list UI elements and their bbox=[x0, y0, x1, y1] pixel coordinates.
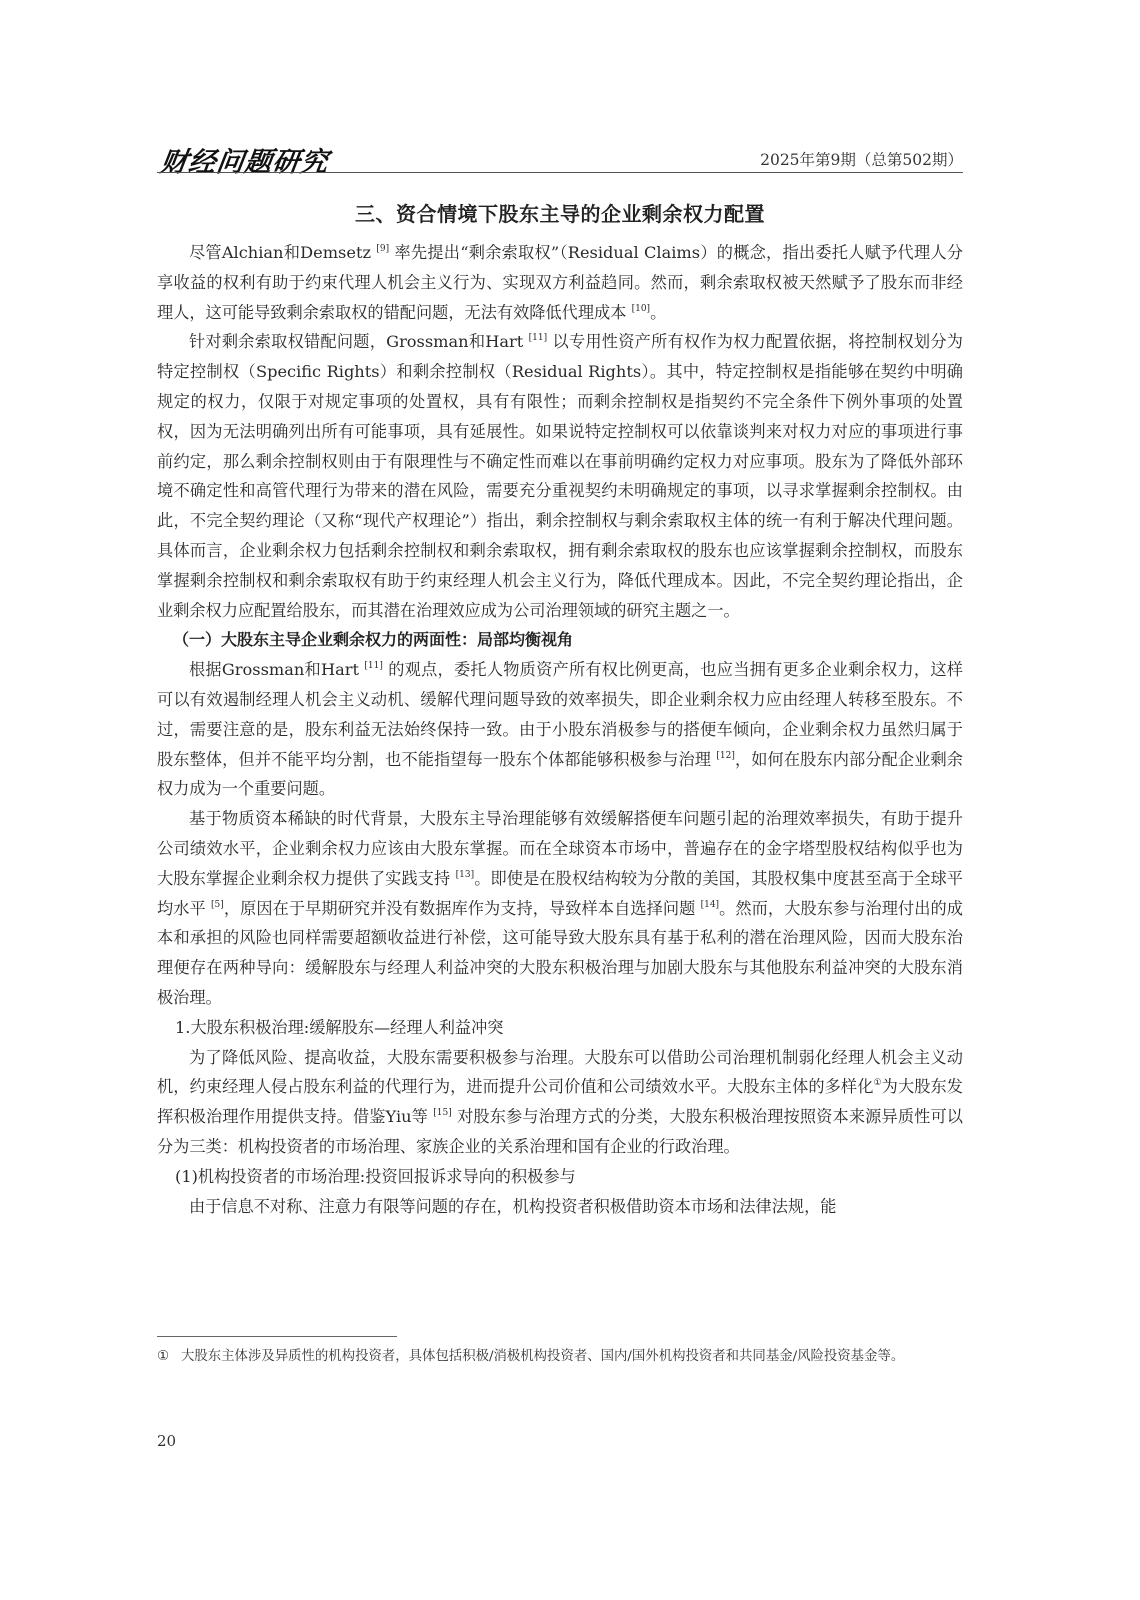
text-run: 。 bbox=[650, 303, 666, 322]
body-paragraph: 针对剩余索取权错配问题，Grossman和Hart [11] 以专用性资产所有权… bbox=[157, 327, 963, 625]
sub-subsection-heading: 1.大股东积极治理:缓解股东—经理人利益冲突 bbox=[157, 1013, 963, 1043]
citation-marker: [9] bbox=[376, 244, 389, 254]
body-paragraph: 由于信息不对称、注意力有限等问题的存在，机构投资者积极借助资本市场和法律法规，能 bbox=[157, 1192, 963, 1222]
footnote-rule bbox=[157, 1336, 397, 1337]
page-number: 20 bbox=[157, 1432, 176, 1450]
issue-label: 2025年第9期（总第502期） bbox=[760, 148, 963, 170]
body-paragraph: 为了降低风险、提高收益，大股东需要积极参与治理。大股东可以借助公司治理机制弱化经… bbox=[157, 1043, 963, 1162]
text-run: 为了降低风险、提高收益，大股东需要积极参与治理。大股东可以借助公司治理机制弱化经… bbox=[157, 1048, 963, 1097]
article-body: 尽管Alchian和Demsetz [9] 率先提出“剩余索取权”（Residu… bbox=[157, 238, 963, 1221]
citation-marker: [15] bbox=[433, 1108, 451, 1118]
text-run: 尽管Alchian和Demsetz bbox=[189, 243, 376, 262]
body-paragraph: 尽管Alchian和Demsetz [9] 率先提出“剩余索取权”（Residu… bbox=[157, 238, 963, 327]
footnote-mark: ① bbox=[157, 1347, 169, 1367]
text-run: 由于信息不对称、注意力有限等问题的存在，机构投资者积极借助资本市场和法律法规，能 bbox=[189, 1197, 837, 1216]
citation-marker: [11] bbox=[364, 661, 382, 671]
subsection-heading: （一）大股东主导企业剩余权力的两面性：局部均衡视角 bbox=[157, 625, 963, 655]
text-run: 针对剩余索取权错配问题，Grossman和Hart bbox=[189, 332, 529, 351]
citation-marker: [11] bbox=[529, 333, 547, 343]
running-header: 财经问题研究 2025年第9期（总第502期） bbox=[157, 140, 963, 170]
footnote: ① 大股东主体涉及异质性的机构投资者，具体包括积极/消极机构投资者、国内/国外机… bbox=[157, 1347, 963, 1367]
citation-marker: [14] bbox=[701, 900, 719, 910]
body-paragraph: 根据Grossman和Hart [11] 的观点，委托人物质资产所有权比例更高，… bbox=[157, 655, 963, 804]
footnote-text: 大股东主体涉及异质性的机构投资者，具体包括积极/消极机构投资者、国内/国外机构投… bbox=[181, 1347, 963, 1367]
text-run: ，原因在于早期研究并没有数据库作为支持，导致样本自选择问题 bbox=[224, 899, 701, 918]
section-title: 三、资合情境下股东主导的企业剩余权力配置 bbox=[157, 198, 963, 227]
citation-marker: ① bbox=[874, 1078, 882, 1088]
text-run: 以专用性资产所有权作为权力配置依据，将控制权划分为特定控制权（Specific … bbox=[157, 332, 963, 619]
text-run: 根据Grossman和Hart bbox=[189, 660, 364, 679]
sub-subsection-heading: (1)机构投资者的市场治理:投资回报诉求导向的积极参与 bbox=[157, 1162, 963, 1192]
citation-marker: [13] bbox=[456, 870, 474, 880]
text-run: (1)机构投资者的市场治理:投资回报诉求导向的积极参与 bbox=[175, 1167, 576, 1186]
journal-logo: 财经问题研究 bbox=[158, 140, 331, 179]
header-rule bbox=[157, 172, 963, 173]
text-run: 1.大股东积极治理:缓解股东—经理人利益冲突 bbox=[175, 1018, 503, 1037]
citation-marker: [12] bbox=[716, 751, 734, 761]
body-paragraph: 基于物质资本稀缺的时代背景，大股东主导治理能够有效缓解搭便车问题引起的治理效率损… bbox=[157, 804, 963, 1013]
citation-marker: [10] bbox=[632, 304, 650, 314]
citation-marker: [5] bbox=[211, 900, 224, 910]
text-run: （一）大股东主导企业剩余权力的两面性：局部均衡视角 bbox=[173, 630, 573, 649]
